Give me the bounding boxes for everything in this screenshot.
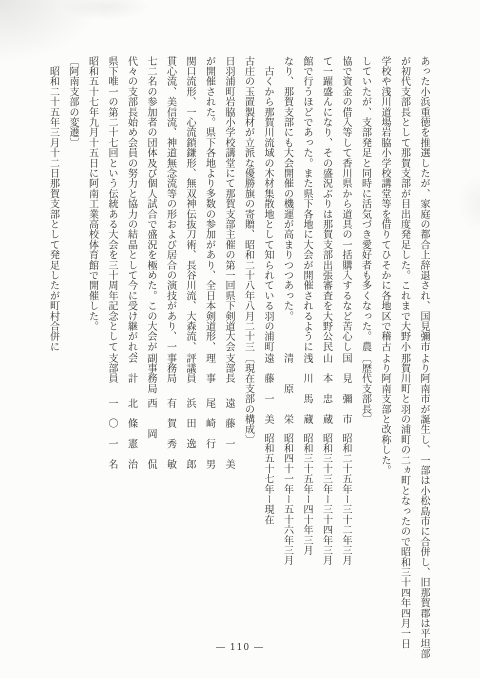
chief-name: 遠 藤 一 美 — [262, 353, 273, 424]
chief-period: 昭和二十五年ー三十二年三月 — [336, 433, 356, 566]
officer-name: 浜 田 逸 郎 — [180, 398, 200, 469]
officer-entry: 支部長 遠 藤 一 美 — [219, 353, 239, 653]
officer-entry: 評議員 浜 田 逸 郎 — [180, 353, 200, 653]
chief-entry: 遠 藤 一 美 昭和五十七年ー現在 — [258, 353, 278, 653]
text-column: 貫心流、美信流、神道無念流等の形および居合の演技があり、一 — [160, 56, 180, 356]
heading-anan-hensen: 〔阿南支部の変遷〕 — [63, 56, 83, 356]
text-column: していたが、支部発足と同時に活気づき愛好者も多くなった。農 — [355, 56, 375, 356]
chief-name: 山 本 忠 蔵 — [321, 353, 332, 424]
text-column: て一躍盛んになり、その盛況ぶりは那賀支部出張審査を大野公民 — [316, 56, 336, 356]
officer-name: 北 條 憲 治 — [121, 398, 141, 469]
text-column: 館で行うほどであった。また県下各地に大会が開催されるように — [297, 56, 317, 356]
chief-entry: 浅 川 馬 蔵 昭和三十五年ー四十年三月 — [297, 353, 317, 653]
officer-name: 一 〇 一 名 — [102, 398, 122, 469]
document-page: あった小浜重徳を推選したが、家庭の都合上辞退され、国見彌市 が初代支部長として那… — [0, 0, 480, 678]
officer-role: 副事務局 — [145, 353, 156, 394]
text-column: 那賀川町と羽の浦町の二ヵ町となったので昭和三十四年四月一日 — [394, 353, 414, 653]
officer-entry: 事務局 有 賀 秀 敏 — [160, 353, 180, 653]
heading-genzai-kosei: 〔現在支部の構成〕 — [238, 353, 258, 653]
text-block-upper: あった小浜重徳を推選したが、家庭の都合上辞退され、国見彌市 が初代支部長として那… — [43, 56, 433, 356]
chief-period: 昭和四十一年ー五十六年三月 — [277, 433, 297, 566]
chief-entry: 国 見 彌 市 昭和二十五年ー三十二年三月 — [336, 353, 356, 653]
officer-role: 会 計 — [126, 353, 137, 384]
chief-name: 清 原 栄 — [282, 353, 293, 424]
chief-entry: 清 原 栄 昭和四十一年ー五十六年三月 — [277, 353, 297, 653]
heading-rekidai-shibucho: 〔歴代支部長〕 — [355, 353, 375, 653]
text-column: 県下唯一の第二十七回という伝統ある大会を三十周年記念として — [102, 56, 122, 356]
officer-name: 有 賀 秀 敏 — [160, 398, 180, 469]
officer-entry: 支部員 一 〇 一 名 — [102, 353, 122, 653]
officer-entry: 副事務局 西 岡 侃 — [141, 353, 161, 653]
officer-role: 支部長 — [223, 353, 234, 384]
text-column: 七二名の参加者の団体及び個人試合で盛況を極めた。この大会が — [141, 56, 161, 356]
chief-period: 昭和三十三年ー三十四年三月 — [316, 433, 336, 566]
chief-entry: 山 本 忠 蔵 昭和三十三年ー三十四年三月 — [316, 353, 336, 653]
officer-role: 事務局 — [165, 353, 176, 384]
officer-entry: 会 計 北 條 憲 治 — [121, 353, 141, 653]
text-column: 古庄の玉置製材が立派な優勝旗の寄贈、昭和二十八年八月二十三 — [238, 56, 258, 356]
text-block-lower: より阿南市が誕生し、一部は小松島市に合併し、旧那賀郡は平坦部 那賀川町と羽の浦町… — [102, 353, 434, 653]
text-column: 協で資金の借入等して香川県から道具の一括購入するなど苦心し — [336, 56, 356, 356]
text-column: 古くから那賀川流域の木材集散地として知られている羽の浦町 — [258, 56, 278, 356]
text-column: 関口流形、一心流鎖鎌形、無双神伝抜刀術、長谷川流、大森流、 — [180, 56, 200, 356]
text-column: が初代支部長として那賀支部が目出度発足した。これまで大野小 — [394, 56, 414, 356]
chief-period: 昭和三十五年ー四十年三月 — [297, 433, 317, 555]
text-column: が開催された。県下各地より多数の参加があり、全日本剣道形、 — [199, 56, 219, 356]
chief-period: 昭和五十七年ー現在 — [258, 433, 278, 525]
chief-name: 国 見 彌 市 — [340, 353, 351, 424]
text-column: より阿南市が誕生し、一部は小松島市に合併し、旧那賀郡は平坦部 — [414, 353, 434, 653]
text-column: 昭和五十七年九月十五日に阿南工業高校体育館で開催した。 — [82, 56, 102, 356]
officer-name: 尾 崎 行 男 — [199, 398, 219, 469]
officer-entry: 理 事 尾 崎 行 男 — [199, 353, 219, 653]
text-column: 学校や浅川道場岩脇小学校講堂等を借りてひそかに各地区で稽古 — [375, 56, 395, 356]
officer-role: 支部員 — [106, 353, 117, 384]
chief-name: 浅 川 馬 蔵 — [301, 353, 312, 424]
page-number: ― 110 ― — [0, 643, 480, 653]
text-column: なり、那賀支部にも大会開催の機運が高まりつつあった。 — [277, 56, 297, 356]
officer-role: 評議員 — [184, 353, 195, 384]
officer-name: 遠 藤 一 美 — [219, 398, 239, 469]
text-column: あった小浜重徳を推選したが、家庭の都合上辞退され、国見彌市 — [414, 56, 434, 356]
officer-name: 西 岡 侃 — [141, 398, 161, 469]
text-column: 昭和二十五年三月十二日那賀支部として発足したが町村合併に — [43, 56, 63, 356]
text-column: 日羽浦町岩脇小学校講堂にて那賀支部主催の第一回県下剣道大会 — [219, 56, 239, 356]
text-column: より阿南支部と改称した。 — [375, 353, 395, 653]
text-column: 代々の支部長始め会員の努力と協力の結晶として今に受け継がれ、 — [121, 56, 141, 356]
officer-role: 理 事 — [204, 353, 215, 384]
